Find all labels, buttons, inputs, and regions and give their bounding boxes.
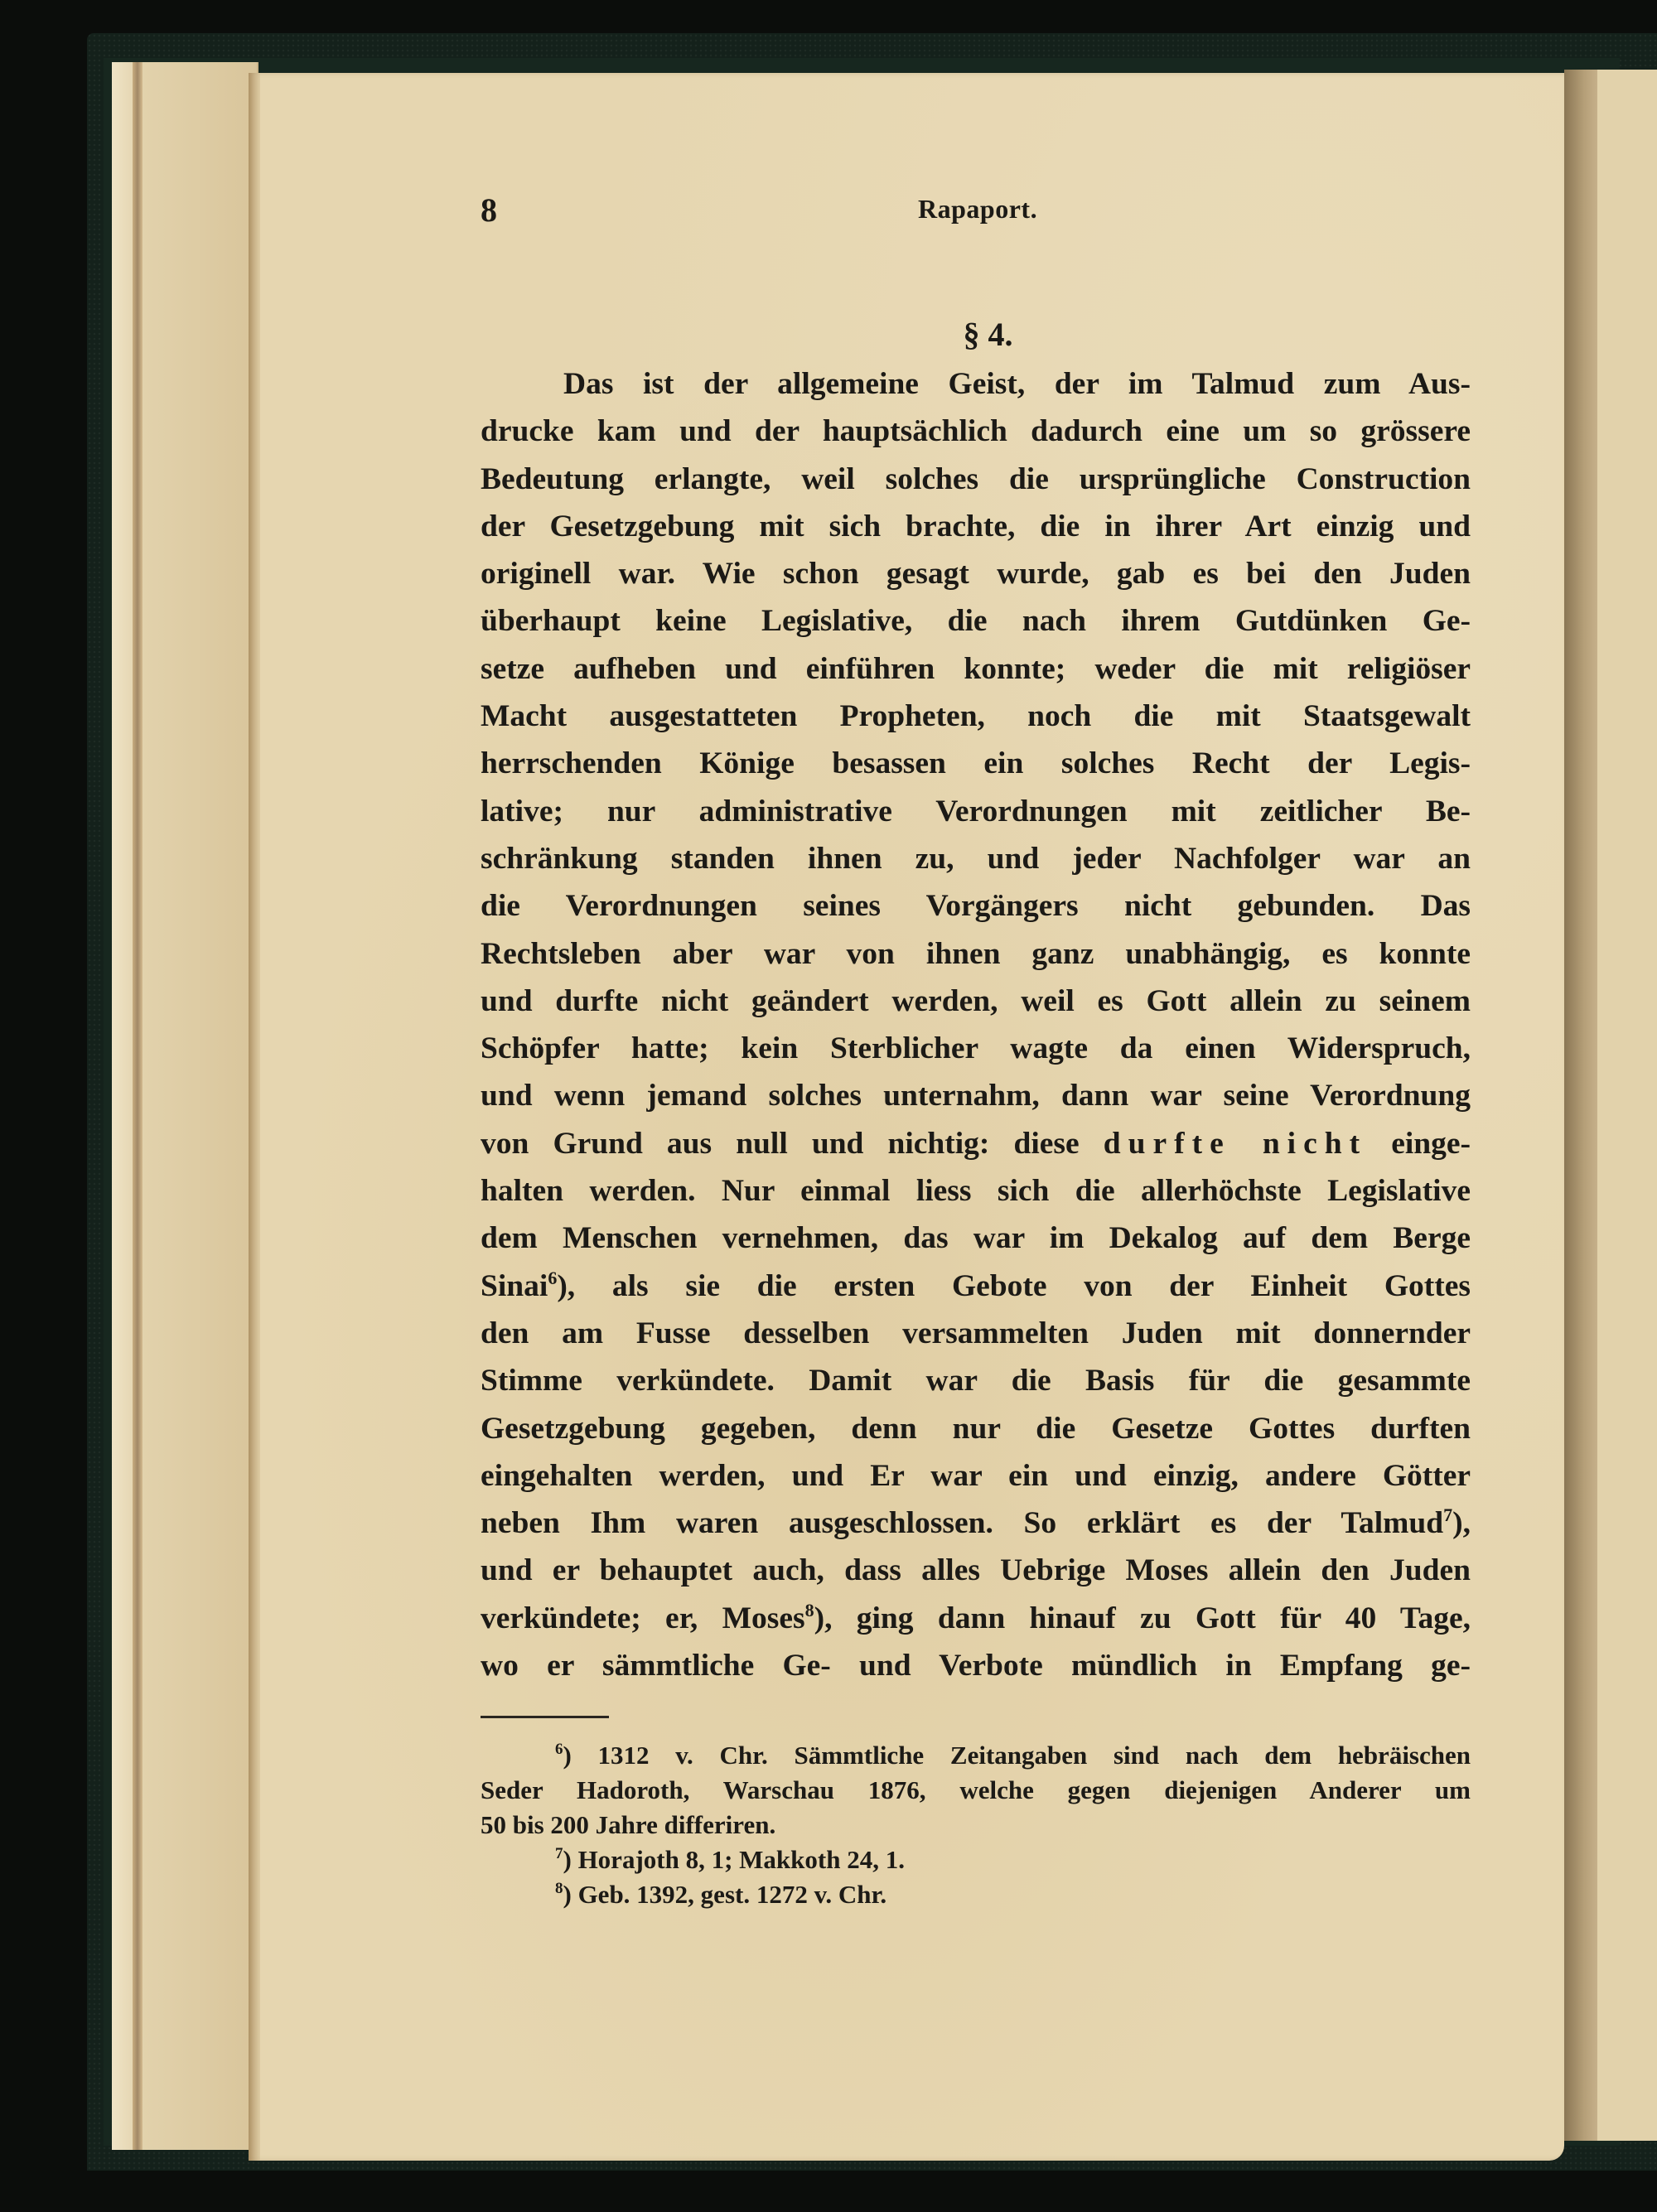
footnote-text: ) Geb. 1392, gest. 1272 v. Chr. — [563, 1880, 887, 1909]
emphasized-text: durfte nicht — [1104, 1127, 1367, 1161]
page-gutter-shadow — [1564, 70, 1597, 2141]
page-content: 8 Rapaport. § 4. Das ist der allgemeine … — [481, 182, 1471, 1912]
running-title: Rapaport. — [918, 194, 1037, 225]
page-number: 8 — [481, 191, 497, 229]
footnote-line: 8) Geb. 1392, gest. 1272 v. Chr. — [481, 1877, 1471, 1912]
footnote-marker: 8 — [555, 1880, 563, 1897]
text-line: und er behauptet auch, dass alles Uebrig… — [481, 1547, 1471, 1594]
facing-page-edge — [1597, 70, 1657, 2141]
page-stack-edge — [133, 62, 143, 2150]
footnote-ref[interactable]: 6 — [548, 1268, 557, 1288]
text-line: der Gesetzgebung mit sich brachte, die i… — [481, 503, 1471, 550]
footnote-8: 8) Geb. 1392, gest. 1272 v. Chr. — [481, 1877, 1471, 1912]
page-left-edge — [249, 73, 260, 2161]
text-line: und durfte nicht geändert werden, weil e… — [481, 978, 1471, 1025]
text-fragment: ), ging dann hinauf zu Gott für 40 Tage, — [814, 1601, 1471, 1635]
text-line: die Verordnungen seines Vorgängers nicht… — [481, 882, 1471, 930]
text-line: und wenn jemand solches unternahm, dann … — [481, 1072, 1471, 1119]
footnote-line: 6) 1312 v. Chr. Sämmtliche Zeitangaben s… — [481, 1738, 1471, 1773]
text-fragment: einge- — [1391, 1127, 1471, 1161]
text-line: Das ist der allgemeine Geist, der im Tal… — [481, 360, 1471, 408]
text-line: Rechtsleben aber war von ihnen ganz unab… — [481, 930, 1471, 978]
text-fragment: ), — [1452, 1506, 1471, 1540]
text-line: wo er sämmtliche Ge- und Verbote mündlic… — [481, 1642, 1471, 1689]
footnote-7: 7) Horajoth 8, 1; Makkoth 24, 1. — [481, 1843, 1471, 1877]
text-line: Sinai6), als sie die ersten Gebote von d… — [481, 1263, 1471, 1310]
footnote-marker: 6 — [555, 1741, 563, 1758]
text-line: Schöpfer hatte; kein Sterblicher wagte d… — [481, 1025, 1471, 1072]
footnote-ref[interactable]: 8 — [805, 1600, 814, 1620]
text-line: originell war. Wie schon gesagt wurde, g… — [481, 550, 1471, 597]
text-line: Macht ausgestatteten Propheten, noch die… — [481, 693, 1471, 740]
text-line: überhaupt keine Legislative, die nach ih… — [481, 597, 1471, 645]
running-head: 8 Rapaport. — [481, 182, 1471, 232]
footnote-ref[interactable]: 7 — [1443, 1504, 1452, 1525]
footnote-marker: 7 — [555, 1845, 563, 1862]
text-fragment: verkündete; er, Moses — [481, 1601, 805, 1635]
text-fragment: Sinai — [481, 1269, 548, 1303]
text-line: setze aufheben und einführen konnte; wed… — [481, 645, 1471, 693]
text-line: verkündete; er, Moses8), ging dann hinau… — [481, 1595, 1471, 1642]
footnote-line: 7) Horajoth 8, 1; Makkoth 24, 1. — [481, 1843, 1471, 1877]
footnote-line: 50 bis 200 Jahre differiren. — [481, 1808, 1471, 1843]
text-line: lative; nur administrative Verordnungen … — [481, 788, 1471, 835]
footnote-6: 6) 1312 v. Chr. Sämmtliche Zeitangaben s… — [481, 1738, 1471, 1843]
text-line: drucke kam und der hauptsächlich dadurch… — [481, 408, 1471, 455]
text-line: Bedeutung erlangte, weil solches die urs… — [481, 456, 1471, 503]
text-line: eingehalten werden, und Er war ein und e… — [481, 1452, 1471, 1500]
text-line: den am Fusse desselben versammelten Jude… — [481, 1310, 1471, 1357]
footnotes: 6) 1312 v. Chr. Sämmtliche Zeitangaben s… — [481, 1738, 1471, 1912]
text-fragment: von Grund aus null und nichtig: diese — [481, 1127, 1080, 1161]
text-line: von Grund aus null und nichtig: diese du… — [481, 1120, 1471, 1167]
footnote-text: ) 1312 v. Chr. Sämmtliche Zeitangaben si… — [563, 1741, 1471, 1770]
footnote-line: Seder Hadoroth, Warschau 1876, welche ge… — [481, 1773, 1471, 1808]
text-line: neben Ihm waren ausgeschlossen. So erklä… — [481, 1500, 1471, 1547]
text-fragment: neben Ihm waren ausgeschlossen. So erklä… — [481, 1506, 1443, 1540]
footnote-text: ) Horajoth 8, 1; Makkoth 24, 1. — [563, 1845, 905, 1874]
text-line: Gesetzgebung gegeben, denn nur die Geset… — [481, 1405, 1471, 1452]
footnote-divider — [481, 1716, 609, 1718]
section-heading: § 4. — [481, 315, 1471, 354]
text-line: schränkung standen ihnen zu, und jeder N… — [481, 835, 1471, 882]
text-line: Stimme verkündete. Damit war die Basis f… — [481, 1357, 1471, 1404]
body-paragraph: Das ist der allgemeine Geist, der im Tal… — [481, 360, 1471, 1689]
text-fragment: ), als sie die ersten Gebote von der Ein… — [557, 1269, 1471, 1303]
text-line: herrschenden Könige besassen ein solches… — [481, 740, 1471, 787]
text-line: halten werden. Nur einmal liess sich die… — [481, 1167, 1471, 1215]
text-line: dem Menschen vernehmen, das war im Dekal… — [481, 1215, 1471, 1262]
